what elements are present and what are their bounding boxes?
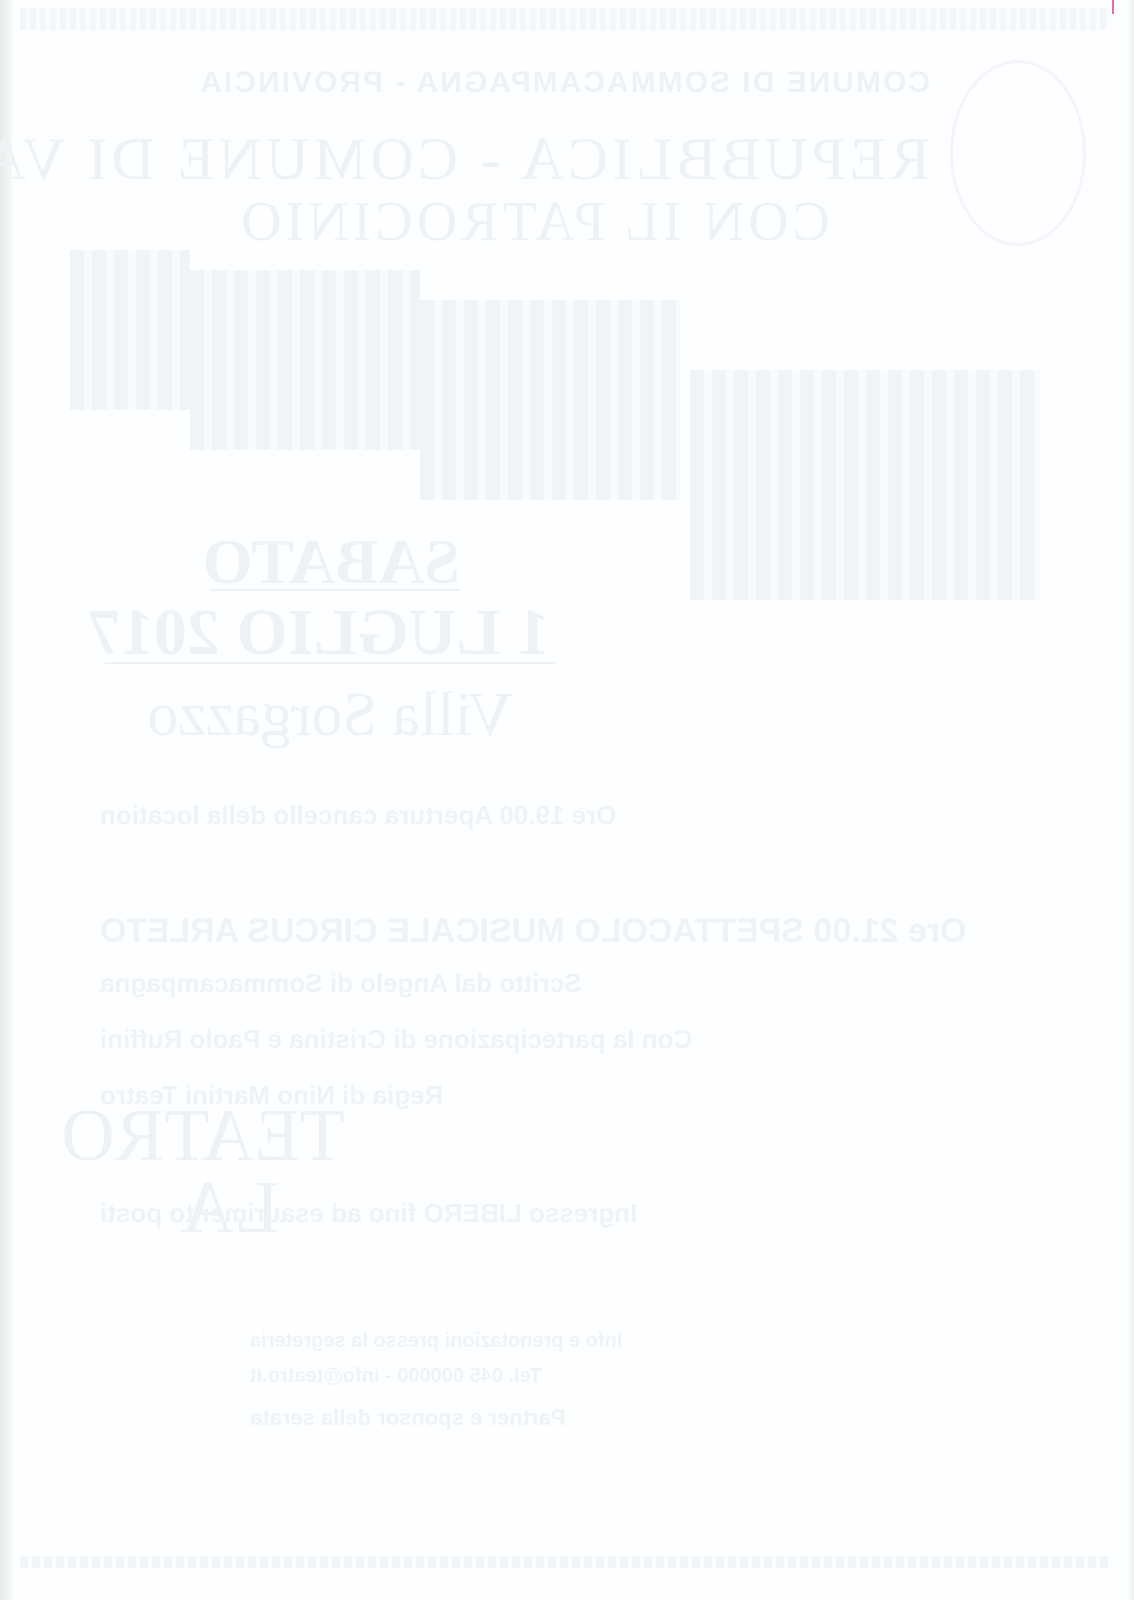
emblem-icon xyxy=(950,60,1086,246)
event-day: SABATO xyxy=(210,525,460,599)
event-date: 1 LUGLIO 2017 xyxy=(110,595,550,671)
title-line-1: REPUBBLICA - COMUNE DI VALEGGIO xyxy=(170,125,930,194)
divider xyxy=(210,589,460,591)
bleed-graphic xyxy=(690,370,1040,600)
footer-line: Info e prenotazioni presso la segreteria xyxy=(250,1330,1000,1353)
program-line: Ore 21.00 SPETTACOLO MUSICALE CIRCUS ARL… xyxy=(100,912,1000,951)
program-line: Ore 19.00 Apertura cancello della locati… xyxy=(100,800,1000,831)
footer-line: Tel. 045 000000 - info@teatro.it xyxy=(250,1365,1000,1388)
corner-mark xyxy=(1112,0,1114,14)
program-line: Con la partecipazione di Cristina e Paol… xyxy=(100,1024,1000,1055)
bleed-graphic xyxy=(190,270,420,450)
bottom-bleed-strip xyxy=(20,1556,1110,1568)
scan-left-edge xyxy=(0,0,12,1600)
top-bleed-strip xyxy=(20,8,1110,30)
footer-line: Partner e sponsor della serata xyxy=(250,1405,950,1431)
bleed-graphic xyxy=(420,300,680,500)
organization-heading: COMUNE DI SOMMACAMPAGNA - PROVINCIA xyxy=(250,66,930,100)
event-venue: Villa Sorgazzo xyxy=(120,680,540,751)
scan-right-edge xyxy=(1128,0,1134,1600)
program-line: Scritto dal Angelo di Sommacampagna xyxy=(100,968,1000,999)
bleed-graphic xyxy=(70,250,190,410)
title-line-2: CON IL PATROCINIO xyxy=(330,190,830,254)
divider xyxy=(105,662,555,664)
program-line: Ingresso LIBERO fino ad esaurimento post… xyxy=(100,1198,1000,1229)
